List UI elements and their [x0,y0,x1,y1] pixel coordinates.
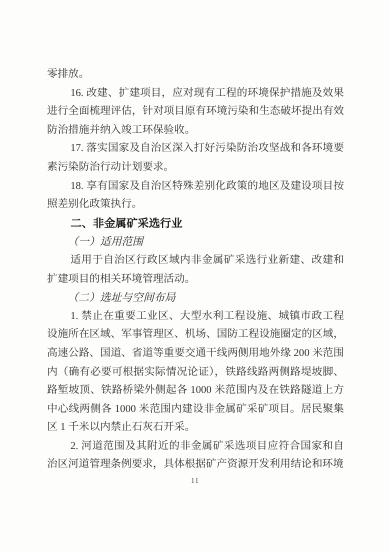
siting-clause-2: 2. 河道范围及其附近的非金属矿采选项目应符合国家和自治区河道管理条例要求，具体… [47,438,344,475]
subsection-heading-scope: （一）适用范围 [47,233,344,252]
document-page: 零排放。16. 改建、扩建项目，应对现有工程的环境保护措施及效果进行全面梳理评估… [0,0,390,551]
scope-paragraph: 适用于自治区行政区域内非金属矿采选行业新建、改建和扩建项目的相关环境管理活动。 [47,252,344,289]
section-heading-non-metallic-mining: 二、非金属矿采选行业 [47,215,344,234]
clause-18: 18. 享有国家及自治区特殊差别化政策的地区及建设项目按照差别化政策执行。 [47,178,344,215]
subsection-heading-siting-layout: （二）选址与空间布局 [47,289,344,308]
paragraph-continuation-zero-discharge: 零排放。 [47,66,344,85]
page-body: 零排放。16. 改建、扩建项目，应对现有工程的环境保护措施及效果进行全面梳理评估… [47,66,344,475]
page-number: 11 [0,475,390,487]
siting-clause-1: 1. 禁止在重要工业区、大型水利工程设施、城镇市政工程设施所在区域、军事管理区、… [47,308,344,438]
clause-16: 16. 改建、扩建项目，应对现有工程的环境保护措施及效果进行全面梳理评估，针对项… [47,85,344,141]
clause-17: 17. 落实国家及自治区深入打好污染防治攻坚战和各环境要素污染防治行动计划要求。 [47,140,344,177]
